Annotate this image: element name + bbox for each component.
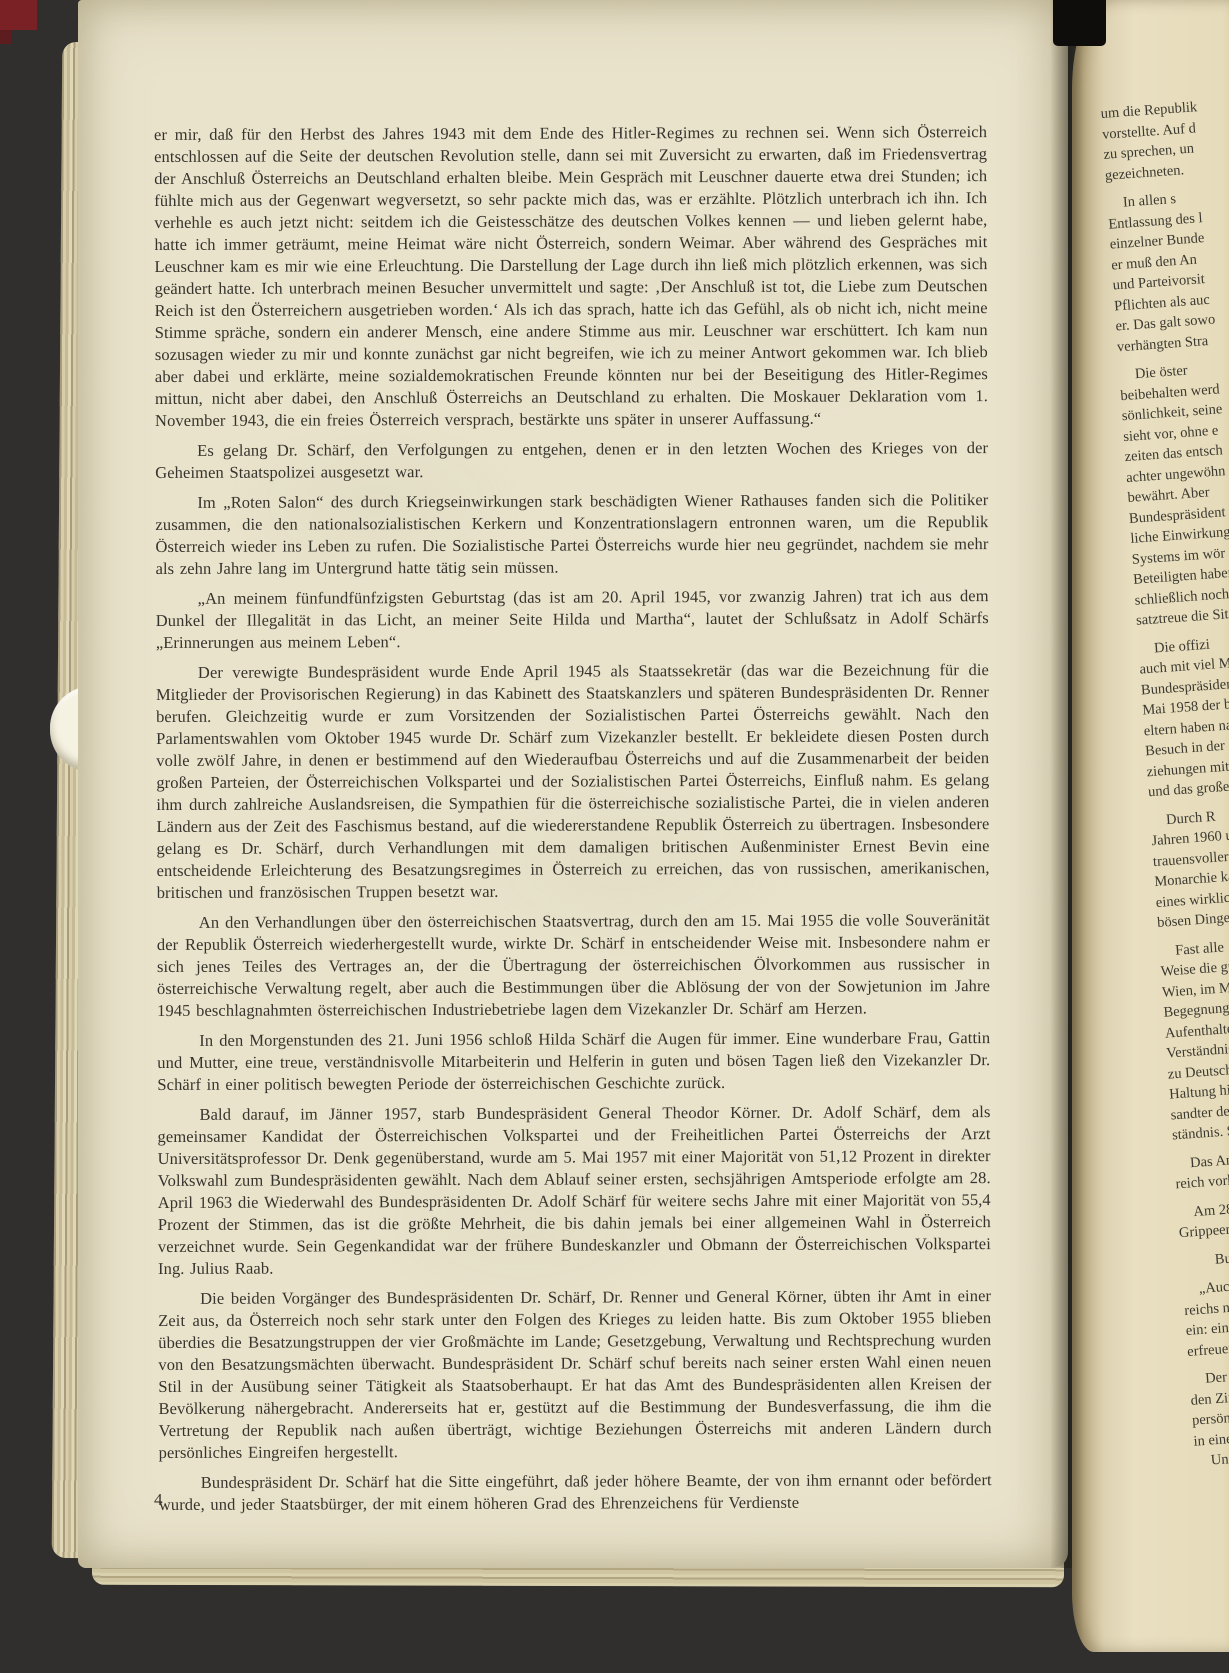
main-page: er mir, daß für den Herbst des Jahres 19… <box>78 0 1068 1568</box>
paragraph: Im „Roten Salon“ des durch Kriegseinwirk… <box>155 489 988 580</box>
paragraph: Bundespräsident Dr. Schärf hat die Sitte… <box>159 1469 992 1516</box>
paragraph: Die beiden Vorgänger des Bundespräsident… <box>158 1285 992 1464</box>
book-spine-fragment-lower <box>0 30 12 44</box>
paragraph: „An meinem fünfundfünfzigsten Geburtstag… <box>156 585 989 654</box>
body-text: er mir, daß für den Herbst des Jahres 19… <box>154 121 992 1516</box>
binding-gap <box>1053 0 1106 46</box>
scanned-book-page: er mir, daß für den Herbst des Jahres 19… <box>0 0 1229 1673</box>
page-number: 4 <box>154 1490 163 1510</box>
paragraph: Bald darauf, im Jänner 1957, starb Bunde… <box>157 1101 991 1280</box>
paragraph: Es gelang Dr. Schärf, den Verfolgungen z… <box>155 437 988 484</box>
book-spine-fragment <box>0 0 37 30</box>
paragraph: er mir, daß für den Herbst des Jahres 19… <box>154 121 988 432</box>
paragraph: Der verewigte Bundespräsident wurde Ende… <box>156 659 990 904</box>
paragraph: In den Morgenstunden des 21. Juni 1956 s… <box>157 1027 990 1096</box>
paragraph: An den Verhandlungen über den österreich… <box>157 909 990 1022</box>
